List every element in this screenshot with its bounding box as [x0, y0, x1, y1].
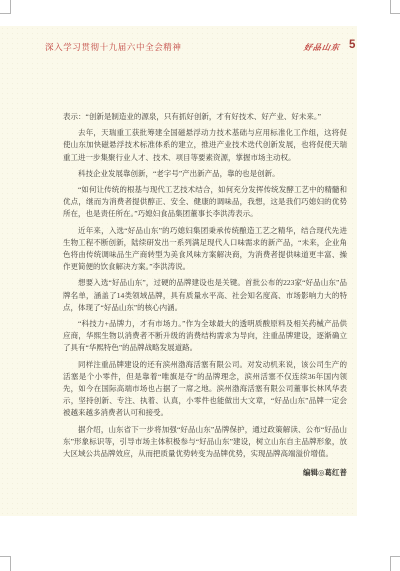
editor-credit: 编辑◎葛红普: [63, 467, 347, 479]
article-body: 表示：“创新是制造业的源泉，只有抓好创新，才有好技术、好产业、好未来。”去年，天…: [63, 111, 347, 479]
article-paragraph: 去年，天瑞重工获批筹建全国磁悬浮动力技术基础与应用标准化工作组，这将促使山东加快…: [63, 127, 347, 164]
article-paragraph: 近年来，入选“好品山东”的巧媳妇集团秉承传统酿造工艺之精华，结合现代先进生物工程…: [63, 225, 347, 274]
crop-mark-bottom-right: [390, 556, 400, 571]
crop-mark-top-right: [390, 0, 400, 14]
article-paragraph: 同样注重品牌建设的还有滨州渤海活塞有限公司。对发动机来说，该公司生产的活塞是个小…: [63, 359, 347, 420]
scanned-magazine-page: { "page_header": { "topic": "深入学习贯彻十九届六中…: [0, 0, 400, 571]
crop-mark-top-left: [0, 0, 11, 14]
article-paragraph: “如何让传统的根基与现代工艺技术结合，如何充分发挥传统发酵工艺中的精髓和优点，继…: [63, 184, 347, 221]
crop-mark-bottom-left: [0, 556, 11, 571]
article-paragraph: “科技力+品牌力，才有市场力。”作为全球最大的透明质酸原料及相关药械产品供应商，…: [63, 318, 347, 355]
article-paragraph: 科技企业发展靠创新，“老字号”产出新产品，靠的也是创新。: [63, 168, 347, 180]
page-number: 5: [349, 39, 355, 52]
running-head-topic: 深入学习贯彻十九届六中全会精神: [45, 42, 182, 52]
article-paragraph: 想要入选“好品山东”，过硬的品牌建设也是关键。首批公布的223家“好品山东”品牌…: [63, 277, 347, 314]
article-paragraph: 表示：“创新是制造业的源泉，只有抓好创新，才有好技术、好产业、好未来。”: [63, 111, 347, 123]
column-wordmark: 好品山东: [303, 43, 341, 53]
article-paragraph: 据介绍，山东省下一步将加强“好品山东”品牌保护，通过政策解读、公布“好品山东”形…: [63, 424, 347, 461]
